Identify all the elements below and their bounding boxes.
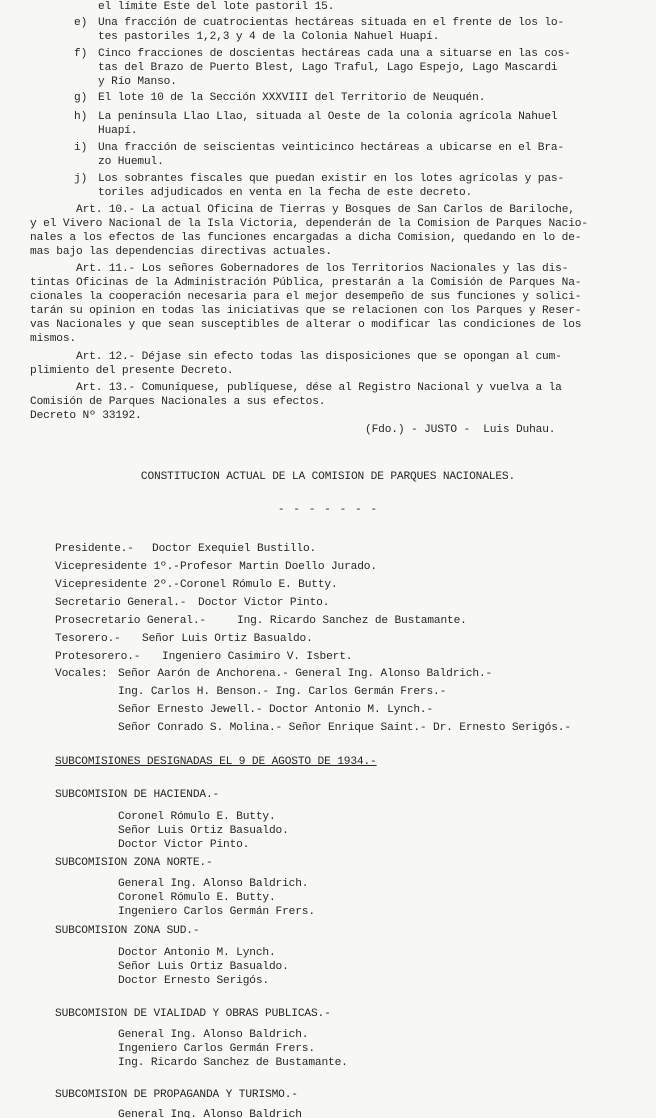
member: General Ing. Alonso Baldrich. (118, 877, 308, 891)
member: Coronel Rómulo E. Butty. (118, 891, 276, 905)
item-line: toriles adjudicados en venta en la fecha… (98, 186, 472, 200)
signature: (Fdo.) - JUSTO - Luis Duhau. (365, 423, 555, 437)
officer-name: Ingeniero Casimiro V. Isbert. (162, 650, 352, 664)
article-11-line: vas Nacionales y que sean susceptibles d… (30, 318, 581, 332)
article-11-line: cionales la cooperación necesaria para e… (30, 290, 581, 304)
item-line: tas del Brazo de Puerto Blest, Lago Traf… (98, 61, 557, 75)
article-10-line: mas bajo las dependencias directivas act… (30, 245, 332, 259)
member: Ingeniero Carlos Germán Frers. (118, 1042, 315, 1056)
decree-continuation: el límite Este del lote pastoril 15. (98, 0, 334, 14)
officer-role: Prosecretario General.- (55, 614, 206, 628)
vocal-line: Señor Aarón de Anchorena.- General Ing. … (118, 667, 492, 681)
article-10-line: y el Vivero Nacional de la Isla Victoria… (30, 217, 588, 231)
member: Ing. Ricardo Sanchez de Bustamante. (118, 1056, 348, 1070)
decree-number: Decreto Nº 33192. (30, 409, 142, 423)
document-page: el límite Este del lote pastoril 15. e) … (0, 0, 656, 1118)
constitution-title: CONSTITUCION ACTUAL DE LA COMISION DE PA… (0, 470, 656, 484)
subcommission-title: SUBCOMISION DE VIALIDAD Y OBRAS PUBLICAS… (55, 1007, 331, 1021)
separator: - - - - - - - (0, 503, 656, 517)
officer-name: Coronel Rómulo E. Butty. (180, 578, 338, 592)
item-line: Una fracción de cuatrocientas hectáreas … (98, 16, 564, 30)
member: Ingeniero Carlos Germán Frers. (118, 905, 315, 919)
vocales-label: Vocales: (55, 667, 108, 681)
vocal-line: Señor Conrado S. Molina.- Señor Enrique … (118, 721, 571, 735)
item-line: y Río Manso. (98, 75, 177, 89)
article-12-line: plimiento del presente Decreto. (30, 364, 233, 378)
member: Doctor Victor Pinto. (118, 838, 249, 852)
officer-name: Doctor Exequiel Bustillo. (152, 542, 316, 556)
article-11-line: Art. 11.- Los señores Gobernadores de lo… (76, 262, 568, 276)
subcommission-title: SUBCOMISION DE HACIENDA.- (55, 788, 219, 802)
item-letter: e) (74, 16, 87, 30)
article-13-line: Comisión de Parques Nacionales a sus efe… (30, 395, 325, 409)
article-11-line: tarán su opinion en todas las iniciativa… (30, 304, 581, 318)
item-letter: f) (74, 47, 87, 61)
officer-name: Profesor Martin Doello Jurado. (180, 560, 377, 574)
member: Doctor Antonio M. Lynch. (118, 946, 276, 960)
officer-role: Protesorero.- (55, 650, 140, 664)
member: Doctor Ernesto Serigós. (118, 974, 269, 988)
item-line: Cinco fracciones de doscientas hectáreas… (98, 47, 571, 61)
vocal-line: Señor Ernesto Jewell.- Doctor Antonio M.… (118, 703, 433, 717)
article-13-line: Art. 13.- Comuníquese, publíquese, dése … (76, 381, 562, 395)
vocal-line: Ing. Carlos H. Benson.- Ing. Carlos Germ… (118, 685, 446, 699)
officer-name: Señor Luis Ortiz Basualdo. (142, 632, 313, 646)
item-line: La península Llao Llao, situada al Oeste… (98, 110, 557, 124)
officer-name: Doctor Victor Pinto. (198, 596, 329, 610)
officer-name: Ing. Ricardo Sanchez de Bustamante. (237, 614, 467, 628)
officer-role: Vicepresidente 1º.- (55, 560, 180, 574)
officer-role: Presidente.- (55, 542, 134, 556)
subcommissions-heading: SUBCOMISIONES DESIGNADAS EL 9 DE AGOSTO … (55, 755, 377, 769)
item-line: Huapí. (98, 124, 137, 138)
article-11-line: tintas Oficinas de la Administración Púb… (30, 276, 581, 290)
item-line: El lote 10 de la Sección XXXVIII del Ter… (98, 91, 485, 105)
member: Señor Luis Ortiz Basualdo. (118, 824, 289, 838)
member: General Ing. Alonso Baldrich. (118, 1028, 308, 1042)
item-line: Los sobrantes fiscales que puedan existi… (98, 172, 564, 186)
item-line: tes pastoriles 1,2,3 y 4 de la Colonia N… (98, 30, 439, 44)
item-line: zo Huemul. (98, 155, 164, 169)
subcommission-title: SUBCOMISION ZONA SUD.- (55, 924, 199, 938)
subcommission-title: SUBCOMISION ZONA NORTE.- (55, 856, 213, 870)
member: Señor Luis Ortiz Basualdo. (118, 960, 289, 974)
subcommission-title: SUBCOMISION DE PROPAGANDA Y TURISMO.- (55, 1088, 298, 1102)
member: Coronel Rómulo E. Butty. (118, 810, 276, 824)
item-letter: j) (74, 172, 87, 186)
article-10-line: nales a los efectos de las funciones enc… (30, 231, 581, 245)
article-11-line: mismos. (30, 332, 76, 346)
officer-role: Tesorero.- (55, 632, 121, 646)
officer-role: Vicepresidente 2º.- (55, 578, 180, 592)
officer-role: Secretario General.- (55, 596, 186, 610)
item-letter: i) (74, 141, 87, 155)
item-letter: h) (74, 110, 87, 124)
article-10-line: Art. 10.- La actual Oficina de Tierras y… (76, 203, 575, 217)
article-12-line: Art. 12.- Déjase sin efecto todas las di… (76, 350, 562, 364)
member: General Ing. Alonso Baldrich (118, 1108, 302, 1118)
item-line: Una fracción de seiscientas veinticinco … (98, 141, 564, 155)
item-letter: g) (74, 91, 87, 105)
